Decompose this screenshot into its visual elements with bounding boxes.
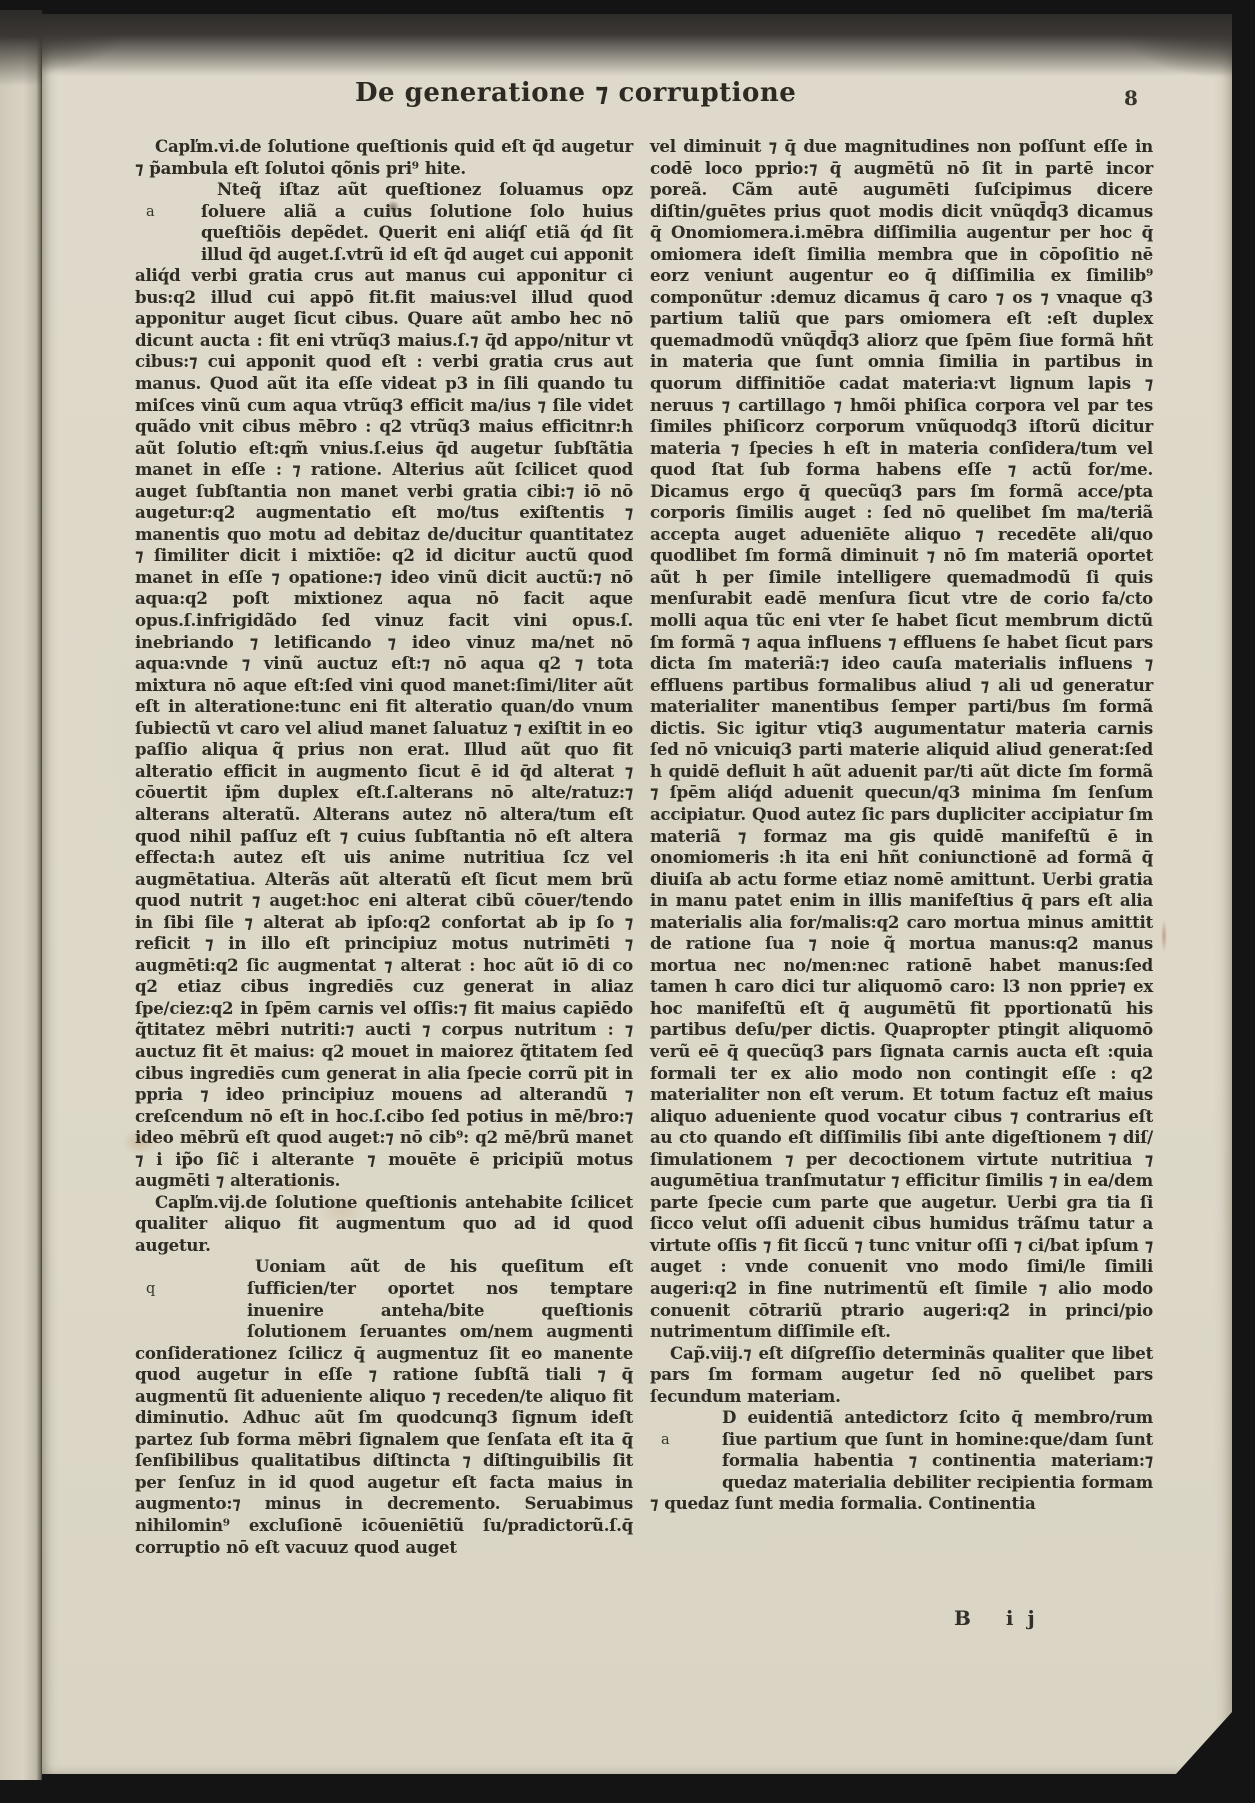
chapter-7-text-continued: vel diminuit ⁊ q̄ due magnitudines non p… [650, 136, 1153, 1343]
previous-leaf-edge [0, 10, 42, 1780]
chapter-6-heading: Capľm.vi.de ſolutione queſtionis quid eſ… [135, 136, 633, 179]
chapter-8-body: D euidentiã antedictorz ſcito q̄ membro/… [650, 1407, 1153, 1513]
quire-signature: B ij [954, 1606, 1049, 1630]
chapter-8-text: a D euidentiã antedictorz ſcito q̄ membr… [650, 1407, 1153, 1515]
guide-letter-a: a [146, 202, 154, 224]
text-column-right: vel diminuit ⁊ q̄ due magnitudines non p… [650, 136, 1153, 1515]
running-head-title: De generatione ⁊ corruptione [355, 78, 796, 108]
book-page: De generatione ⁊ corruptione 8 Capľm.vi.… [42, 14, 1232, 1774]
scanned-book-photo: De generatione ⁊ corruptione 8 Capľm.vi.… [0, 0, 1255, 1803]
chapter-7-heading: Capľm.vij.de ſolutione queſtionis anteha… [135, 1192, 633, 1257]
guide-letter-a: a [661, 1430, 669, 1452]
folio-page-number: 8 [1124, 86, 1138, 110]
text-column-left: Capľm.vi.de ſolutione queſtionis quid eſ… [135, 136, 633, 1558]
guide-initial-space [135, 179, 201, 244]
chapter-8-heading: Cap̃.viij.⁊ eſt diſgreſſio determinãs qu… [650, 1343, 1153, 1408]
chapter-6-text: a Nteq̃ iſtaz aũt queſtionez ſoluamus op… [135, 179, 633, 1192]
chapter-6-body: Nteq̃ iſtaz aũt queſtionez ſoluamus opz … [135, 179, 633, 1190]
chapter-7-text: q Uoniam aũt de his queſitum eſt ſuffici… [135, 1256, 633, 1558]
guide-letter-q: q [146, 1279, 155, 1301]
